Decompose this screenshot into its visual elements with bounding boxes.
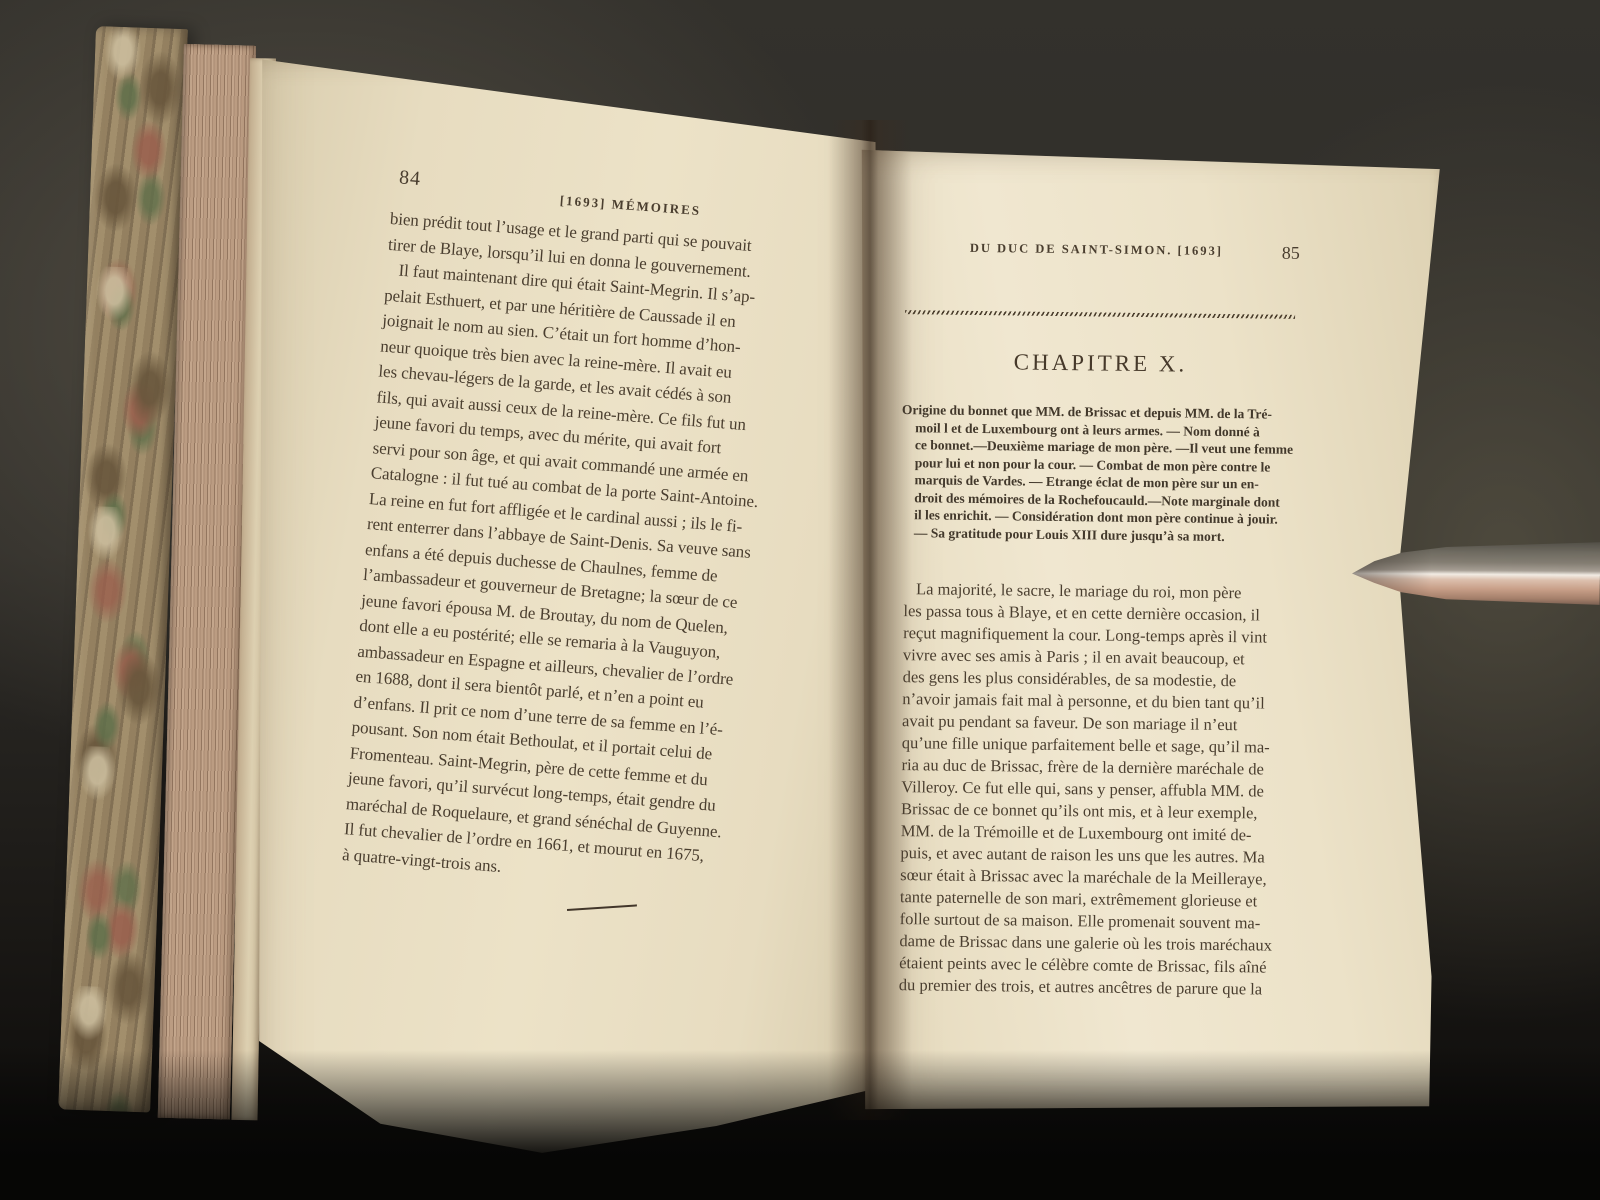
right-running-header: DU DUC DE SAINT-SIMON. [1693] <box>970 241 1223 259</box>
open-book-photo: 84 [1693] MÉMOIRES bien prédit tout l’us… <box>0 0 1600 1200</box>
right-page-text: La majorité, le sacre, le mariage du roi… <box>899 578 1378 1002</box>
right-page-number: 85 <box>1282 243 1300 264</box>
left-page-number: 84 <box>398 166 422 191</box>
background-shadow <box>0 1050 1600 1200</box>
chapter-summary: Origine du bonnet que MM. de Brissac et … <box>900 401 1338 546</box>
chapter-title: CHAPITRE X. <box>896 348 1304 379</box>
left-running-header: [1693] MÉMOIRES <box>559 193 701 220</box>
left-page-content: 84 [1693] MÉMOIRES bien prédit tout l’us… <box>340 166 893 926</box>
left-page-text: bien prédit tout l’usage et le grand par… <box>341 206 889 905</box>
